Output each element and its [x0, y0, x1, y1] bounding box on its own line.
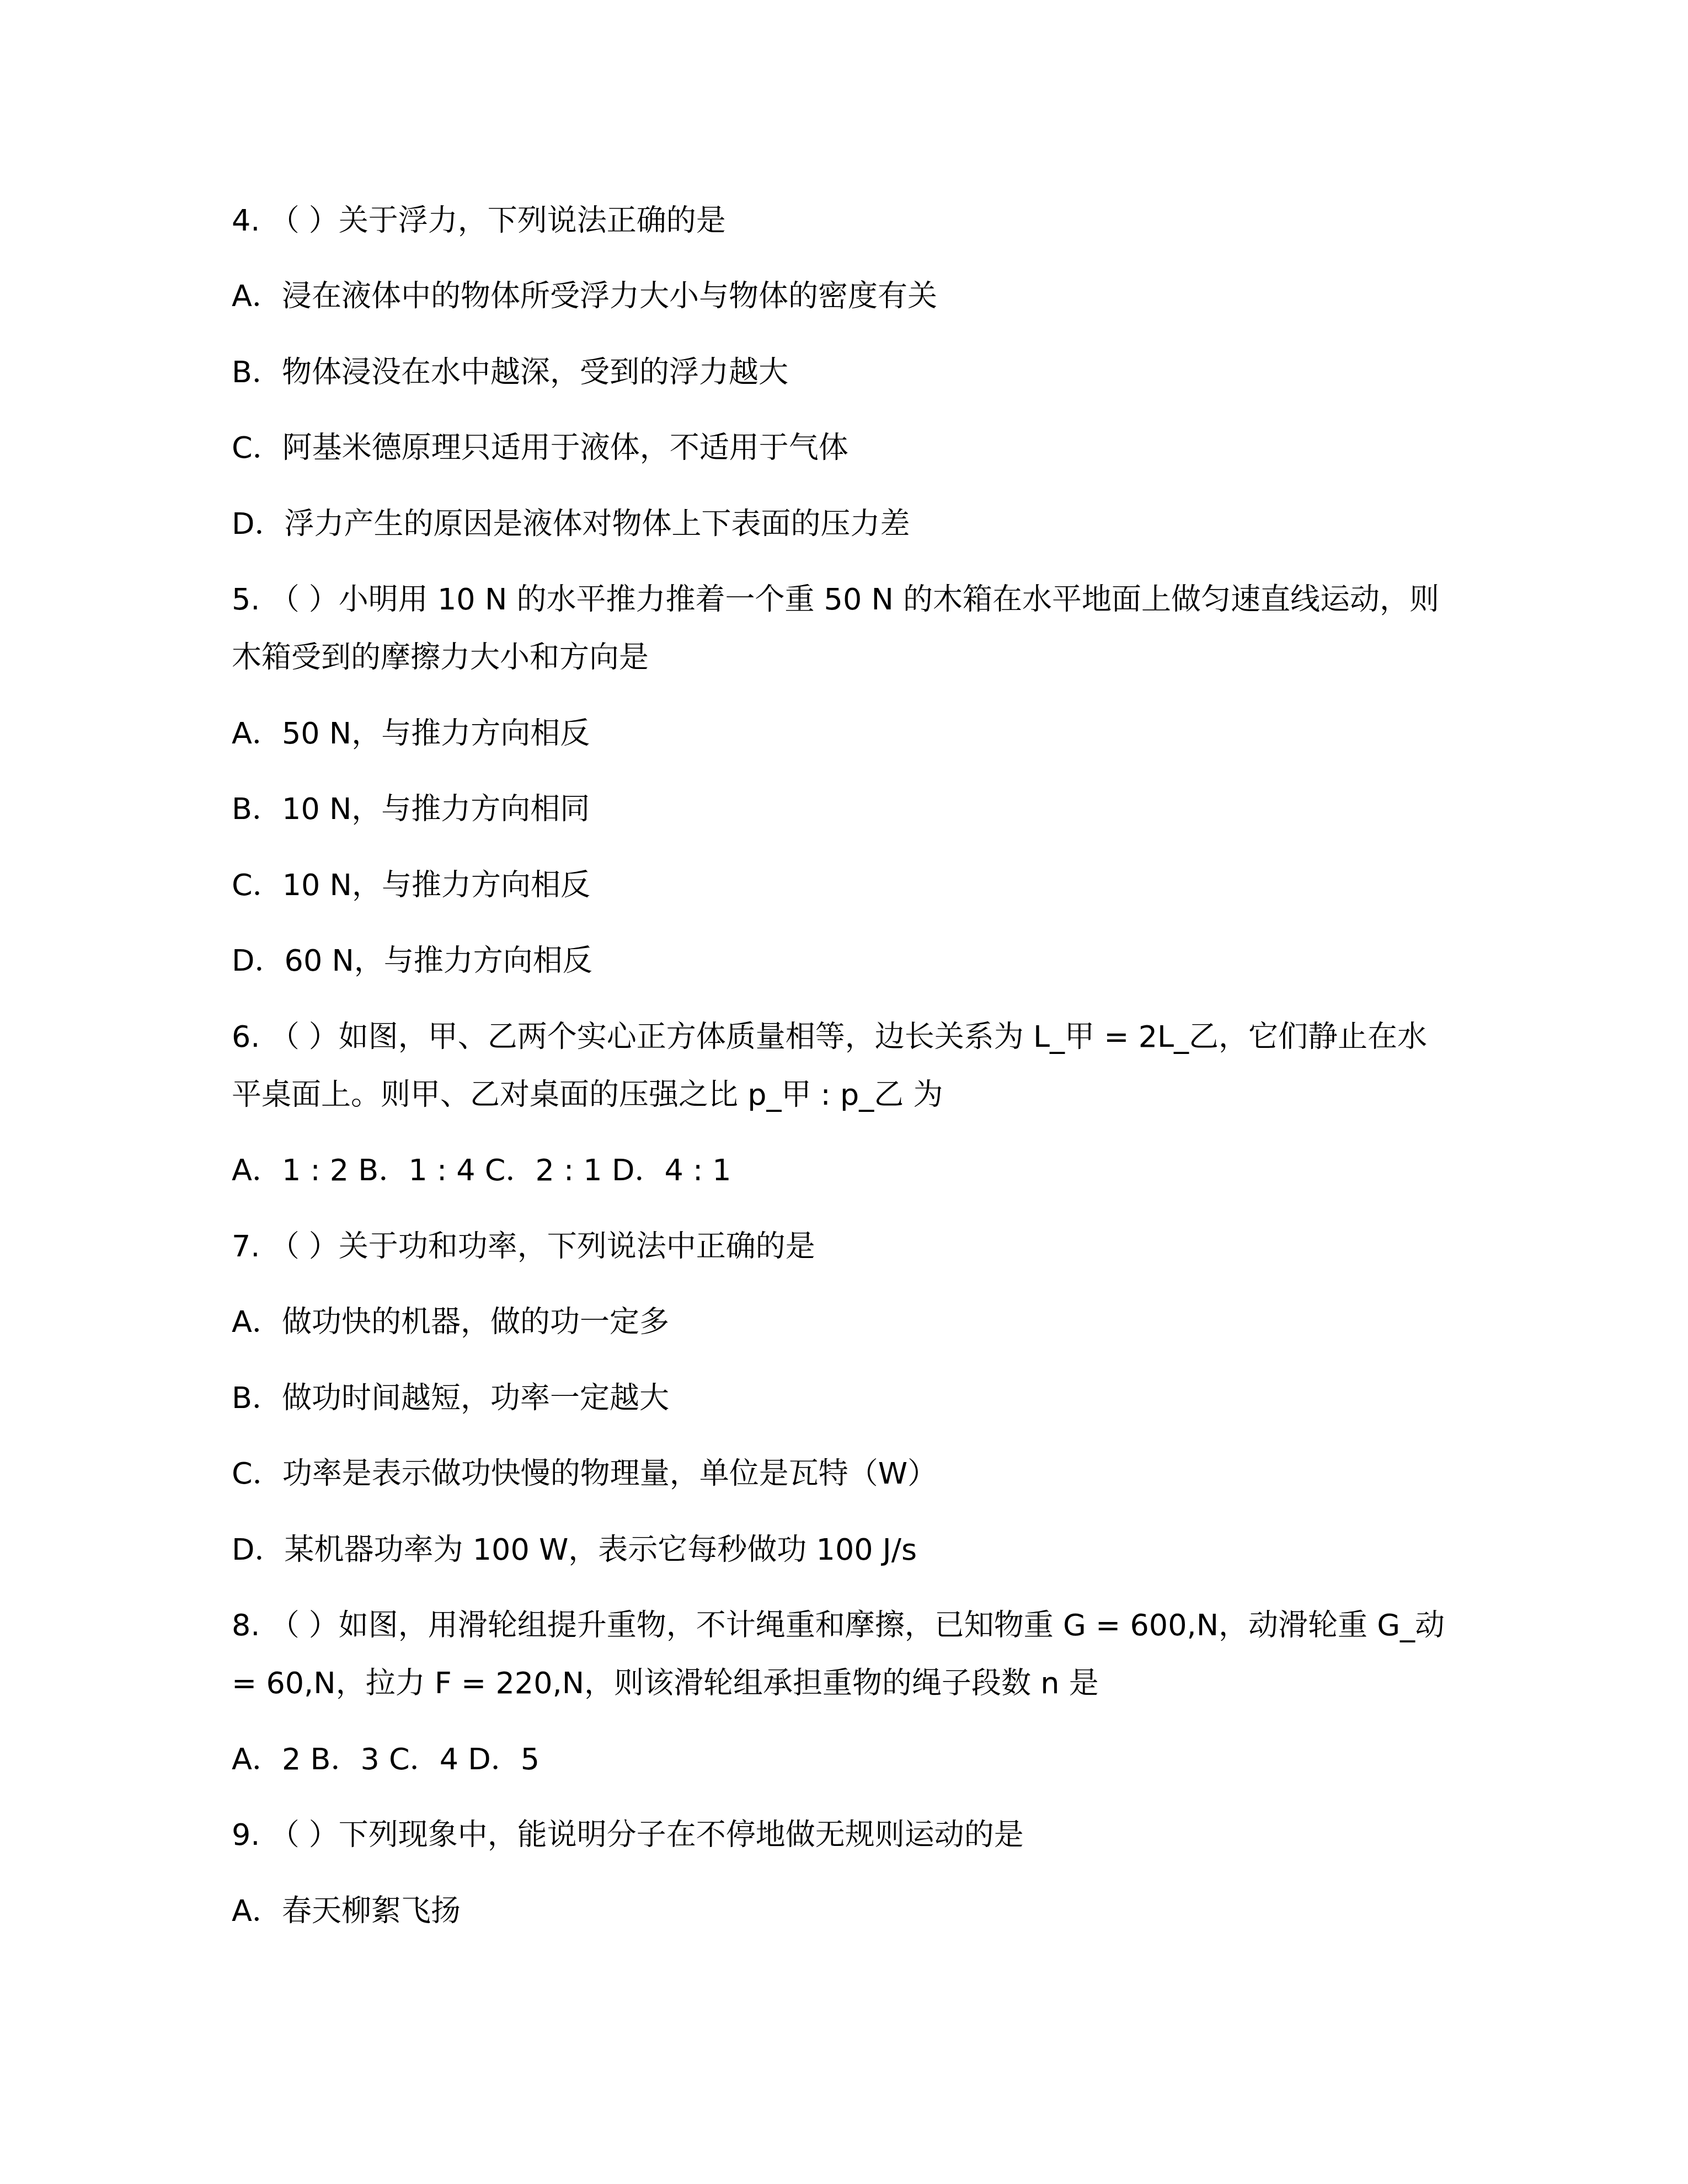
- question-7-stem: 7. （ ）关于功和功率，下列说法中正确的是: [232, 1227, 815, 1266]
- question-4-option-b: B．物体浸没在水中越深，受到的浮力越大: [232, 353, 788, 392]
- question-4-option-a: A．浸在液体中的物体所受浮力大小与物体的密度有关: [232, 277, 937, 315]
- question-4-option-c: C．阿基米德原理只适用于液体，不适用于气体: [232, 429, 848, 467]
- question-4-option-d: D．浮力产生的原因是液体对物体上下表面的压力差: [232, 505, 910, 543]
- question-7-option-c: C．功率是表示做功快慢的物理量，单位是瓦特（W）: [232, 1454, 937, 1493]
- question-5-option-c: C．10 N，与推力方向相反: [232, 866, 590, 904]
- question-9-option-a: A．春天柳絮飞扬: [232, 1892, 461, 1930]
- question-5-stem-line-1: 5. （ ）小明用 10 N 的水平推力推着一个重 50 N 的木箱在水平地面上…: [232, 580, 1439, 619]
- question-5-option-a: A．50 N，与推力方向相反: [232, 714, 590, 753]
- question-4-stem: 4. （ ）关于浮力，下列说法正确的是: [232, 201, 726, 240]
- question-7-option-b: B．做功时间越短，功率一定越大: [232, 1379, 669, 1417]
- question-7-option-a: A．做功快的机器，做的功一定多: [232, 1303, 669, 1341]
- question-5-option-d: D．60 N，与推力方向相反: [232, 941, 592, 980]
- question-5-stem-line-2: 木箱受到的摩擦力大小和方向是: [232, 638, 649, 677]
- question-6-stem-line-1: 6. （ ）如图，甲、乙两个实心正方体质量相等，边长关系为 L_甲 = 2L_乙…: [232, 1018, 1427, 1056]
- question-7-option-d: D．某机器功率为 100 W，表示它每秒做功 100 J/s: [232, 1530, 917, 1569]
- question-6-stem-line-2: 平桌面上。则甲、乙对桌面的压强之比 p_甲 : p_乙 为: [232, 1075, 943, 1114]
- question-8-options: A．2 B．3 C．4 D．5: [232, 1740, 539, 1779]
- question-8-stem-line-1: 8. （ ）如图，用滑轮组提升重物，不计绳重和摩擦，已知物重 G = 600,N…: [232, 1606, 1445, 1645]
- question-6-options: A．1 : 2 B．1 : 4 C．2 : 1 D．4 : 1: [232, 1151, 731, 1190]
- question-8-stem-line-2: = 60,N，拉力 F = 220,N，则该滑轮组承担重物的绳子段数 n 是: [232, 1664, 1099, 1703]
- question-9-stem: 9. （ ）下列现象中，能说明分子在不停地做无规则运动的是: [232, 1816, 1024, 1854]
- question-5-option-b: B．10 N，与推力方向相同: [232, 790, 590, 828]
